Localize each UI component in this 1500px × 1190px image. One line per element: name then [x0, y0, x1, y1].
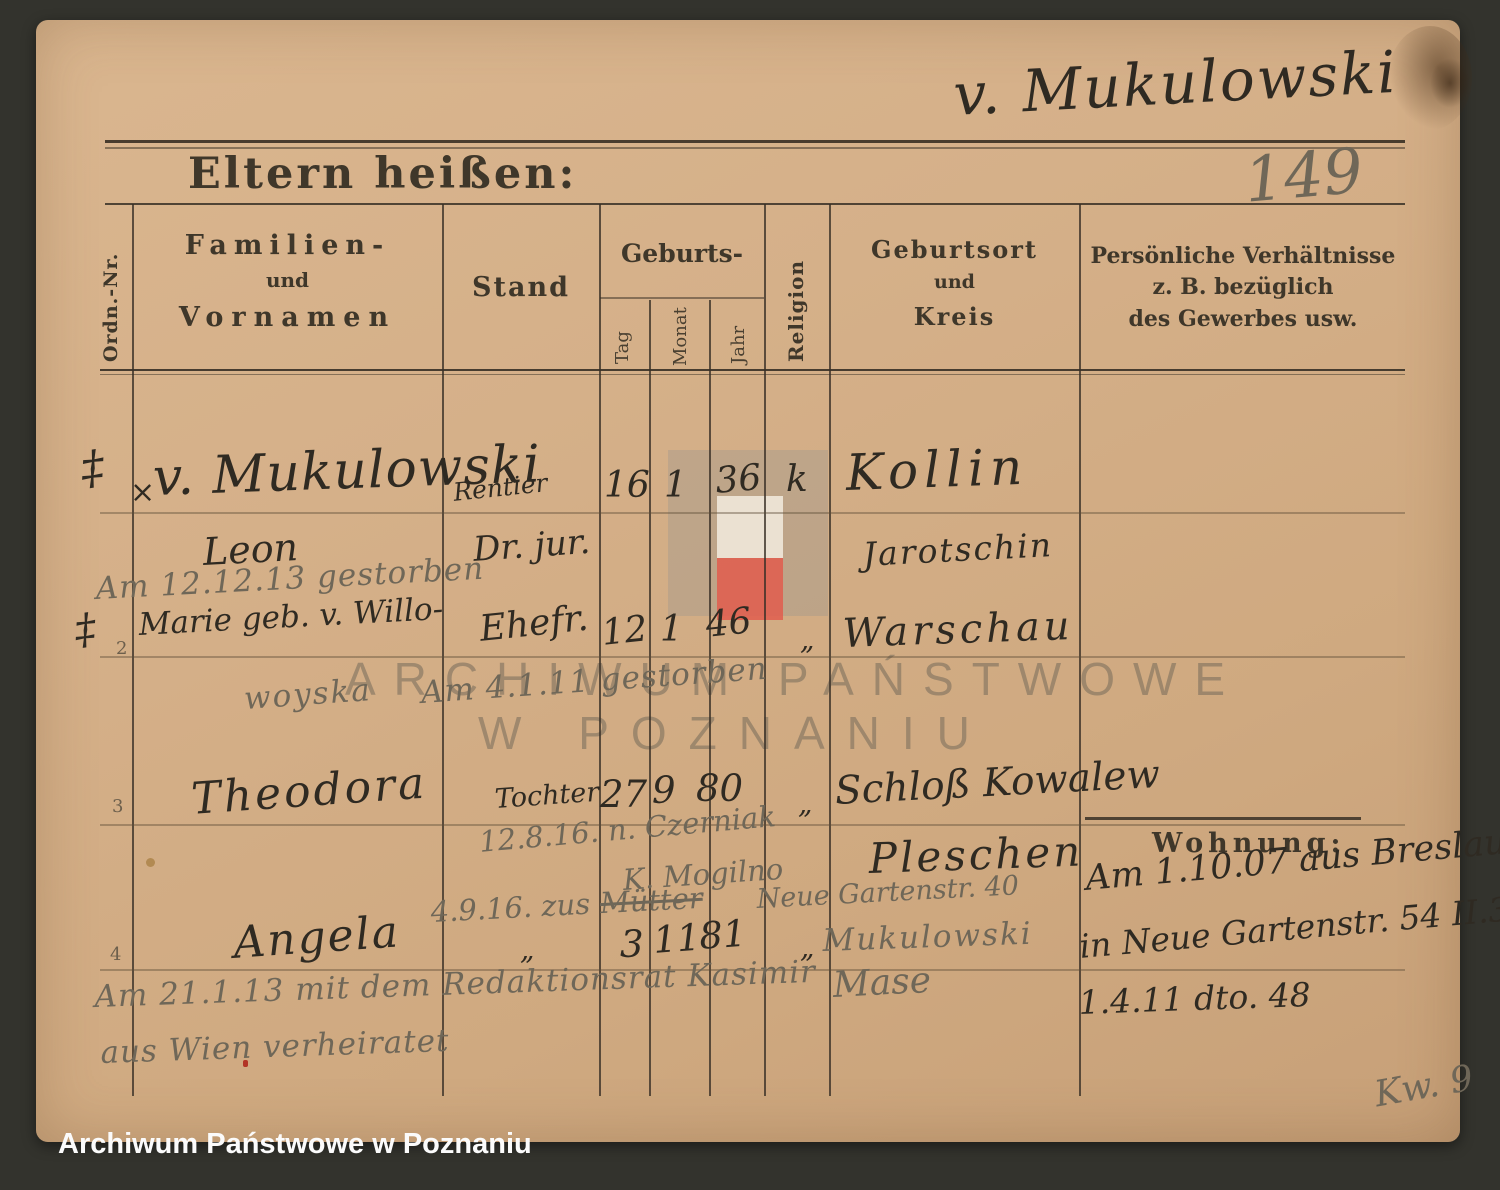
column-header-geburtsort: Geburtsort und Kreis — [830, 236, 1079, 331]
archive-logo-flag-white — [717, 496, 783, 558]
row3-pencil-surname: Mukulowski — [822, 919, 1033, 957]
grid-line-ordn — [132, 204, 134, 1096]
page-number-handwriting: 149 — [1242, 140, 1365, 212]
column-header-stand: Stand — [443, 272, 599, 303]
row4-birth-month: 11 — [652, 919, 702, 959]
row1-baseline — [100, 512, 1405, 514]
grid-line-name — [442, 204, 444, 1096]
form-title: Eltern heißen: — [188, 150, 577, 199]
row4-birth-year: 81 — [698, 915, 748, 955]
row4-stand-ditto: „ — [520, 936, 535, 964]
geburts-subrule — [600, 297, 764, 299]
row1-birth-day: 16 — [604, 468, 650, 504]
row1-birth-year: 36 — [714, 460, 763, 500]
column-header-geburts: Geburts- — [600, 240, 764, 269]
header-separator-rule — [100, 369, 1405, 375]
row1-birthplace: Kollin — [845, 442, 1029, 498]
row3-religion-ditto: „ — [798, 790, 813, 818]
scan-background: { "page": { "archive_caption": "Archiwum… — [0, 0, 1500, 1190]
row4-given-name: Angela — [232, 910, 401, 966]
row3-birth-day: 27 — [600, 776, 647, 813]
row2-birth-year: 46 — [704, 603, 753, 644]
row4-birthplace-note: Mase — [832, 963, 932, 1004]
row3-ordinal: 3 — [112, 796, 123, 817]
paper-spot — [146, 858, 155, 867]
column-header-persoenlich: Persönliche Verhältnisse z. B. bezüglich… — [1080, 244, 1406, 332]
header-pers-line1: Persönliche Verhältnisse — [1080, 244, 1406, 269]
column-header-religion: Religion — [786, 260, 806, 362]
row1-stand-title: Dr. jur. — [472, 525, 591, 567]
top-double-rule — [105, 140, 1405, 149]
column-header-ordn-nr: Ordn.-Nr. — [102, 253, 121, 362]
row1-check-mark: × — [130, 478, 155, 508]
row4-birth-day: 3 — [620, 926, 644, 963]
corner-stain-dark — [1430, 58, 1470, 108]
row2-family-name-cont: woyska — [243, 675, 373, 715]
row2-ordinal: 2 — [116, 638, 127, 659]
header-ort-line1: Geburtsort — [830, 236, 1079, 264]
column-header-name: Familien- und Vornamen — [133, 230, 442, 333]
wohnung-line3: 1.4.11 dto. 48 — [1078, 978, 1311, 1019]
header-ort-line2: und — [830, 272, 1079, 294]
grid-line-religion — [829, 204, 831, 1096]
row1-birth-kreis: Jarotschin — [862, 528, 1054, 571]
header-name-line2: und — [133, 269, 442, 292]
wohnung-rule — [1085, 817, 1361, 820]
header-pers-line2: z. B. bezüglich — [1080, 275, 1406, 300]
header-name-line3: Vornamen — [133, 302, 442, 333]
row2-birthplace: Warschau — [842, 606, 1074, 654]
row3-pencil-note3-struck: Mütter — [599, 881, 703, 920]
row2-religion-ditto: „ — [800, 626, 815, 654]
row3-stand: Tochter — [494, 779, 600, 813]
row2-birth-month: 1 — [660, 612, 683, 648]
column-header-monat: Monat — [672, 307, 690, 366]
header-name-line1: Familien- — [133, 230, 442, 261]
row3-birth-year: 80 — [696, 770, 743, 807]
row1-birth-month: 1 — [664, 468, 687, 504]
column-header-tag: Tag — [614, 331, 632, 364]
table-top-rule — [105, 203, 1405, 205]
header-pers-line3: des Gewerbes usw. — [1080, 307, 1406, 332]
row1-religion: k — [786, 462, 808, 498]
row4-ordinal: 4 — [110, 944, 121, 965]
row3-birth-month: 9 — [652, 772, 676, 809]
watermark-text-line2: W POZNANIU — [478, 710, 992, 756]
header-ort-line3: Kreis — [830, 303, 1079, 331]
archive-caption: Archiwum Państwowe w Poznaniu — [58, 1128, 532, 1161]
column-header-jahr: Jahr — [730, 326, 748, 364]
row2-birth-day: 12 — [600, 611, 649, 652]
